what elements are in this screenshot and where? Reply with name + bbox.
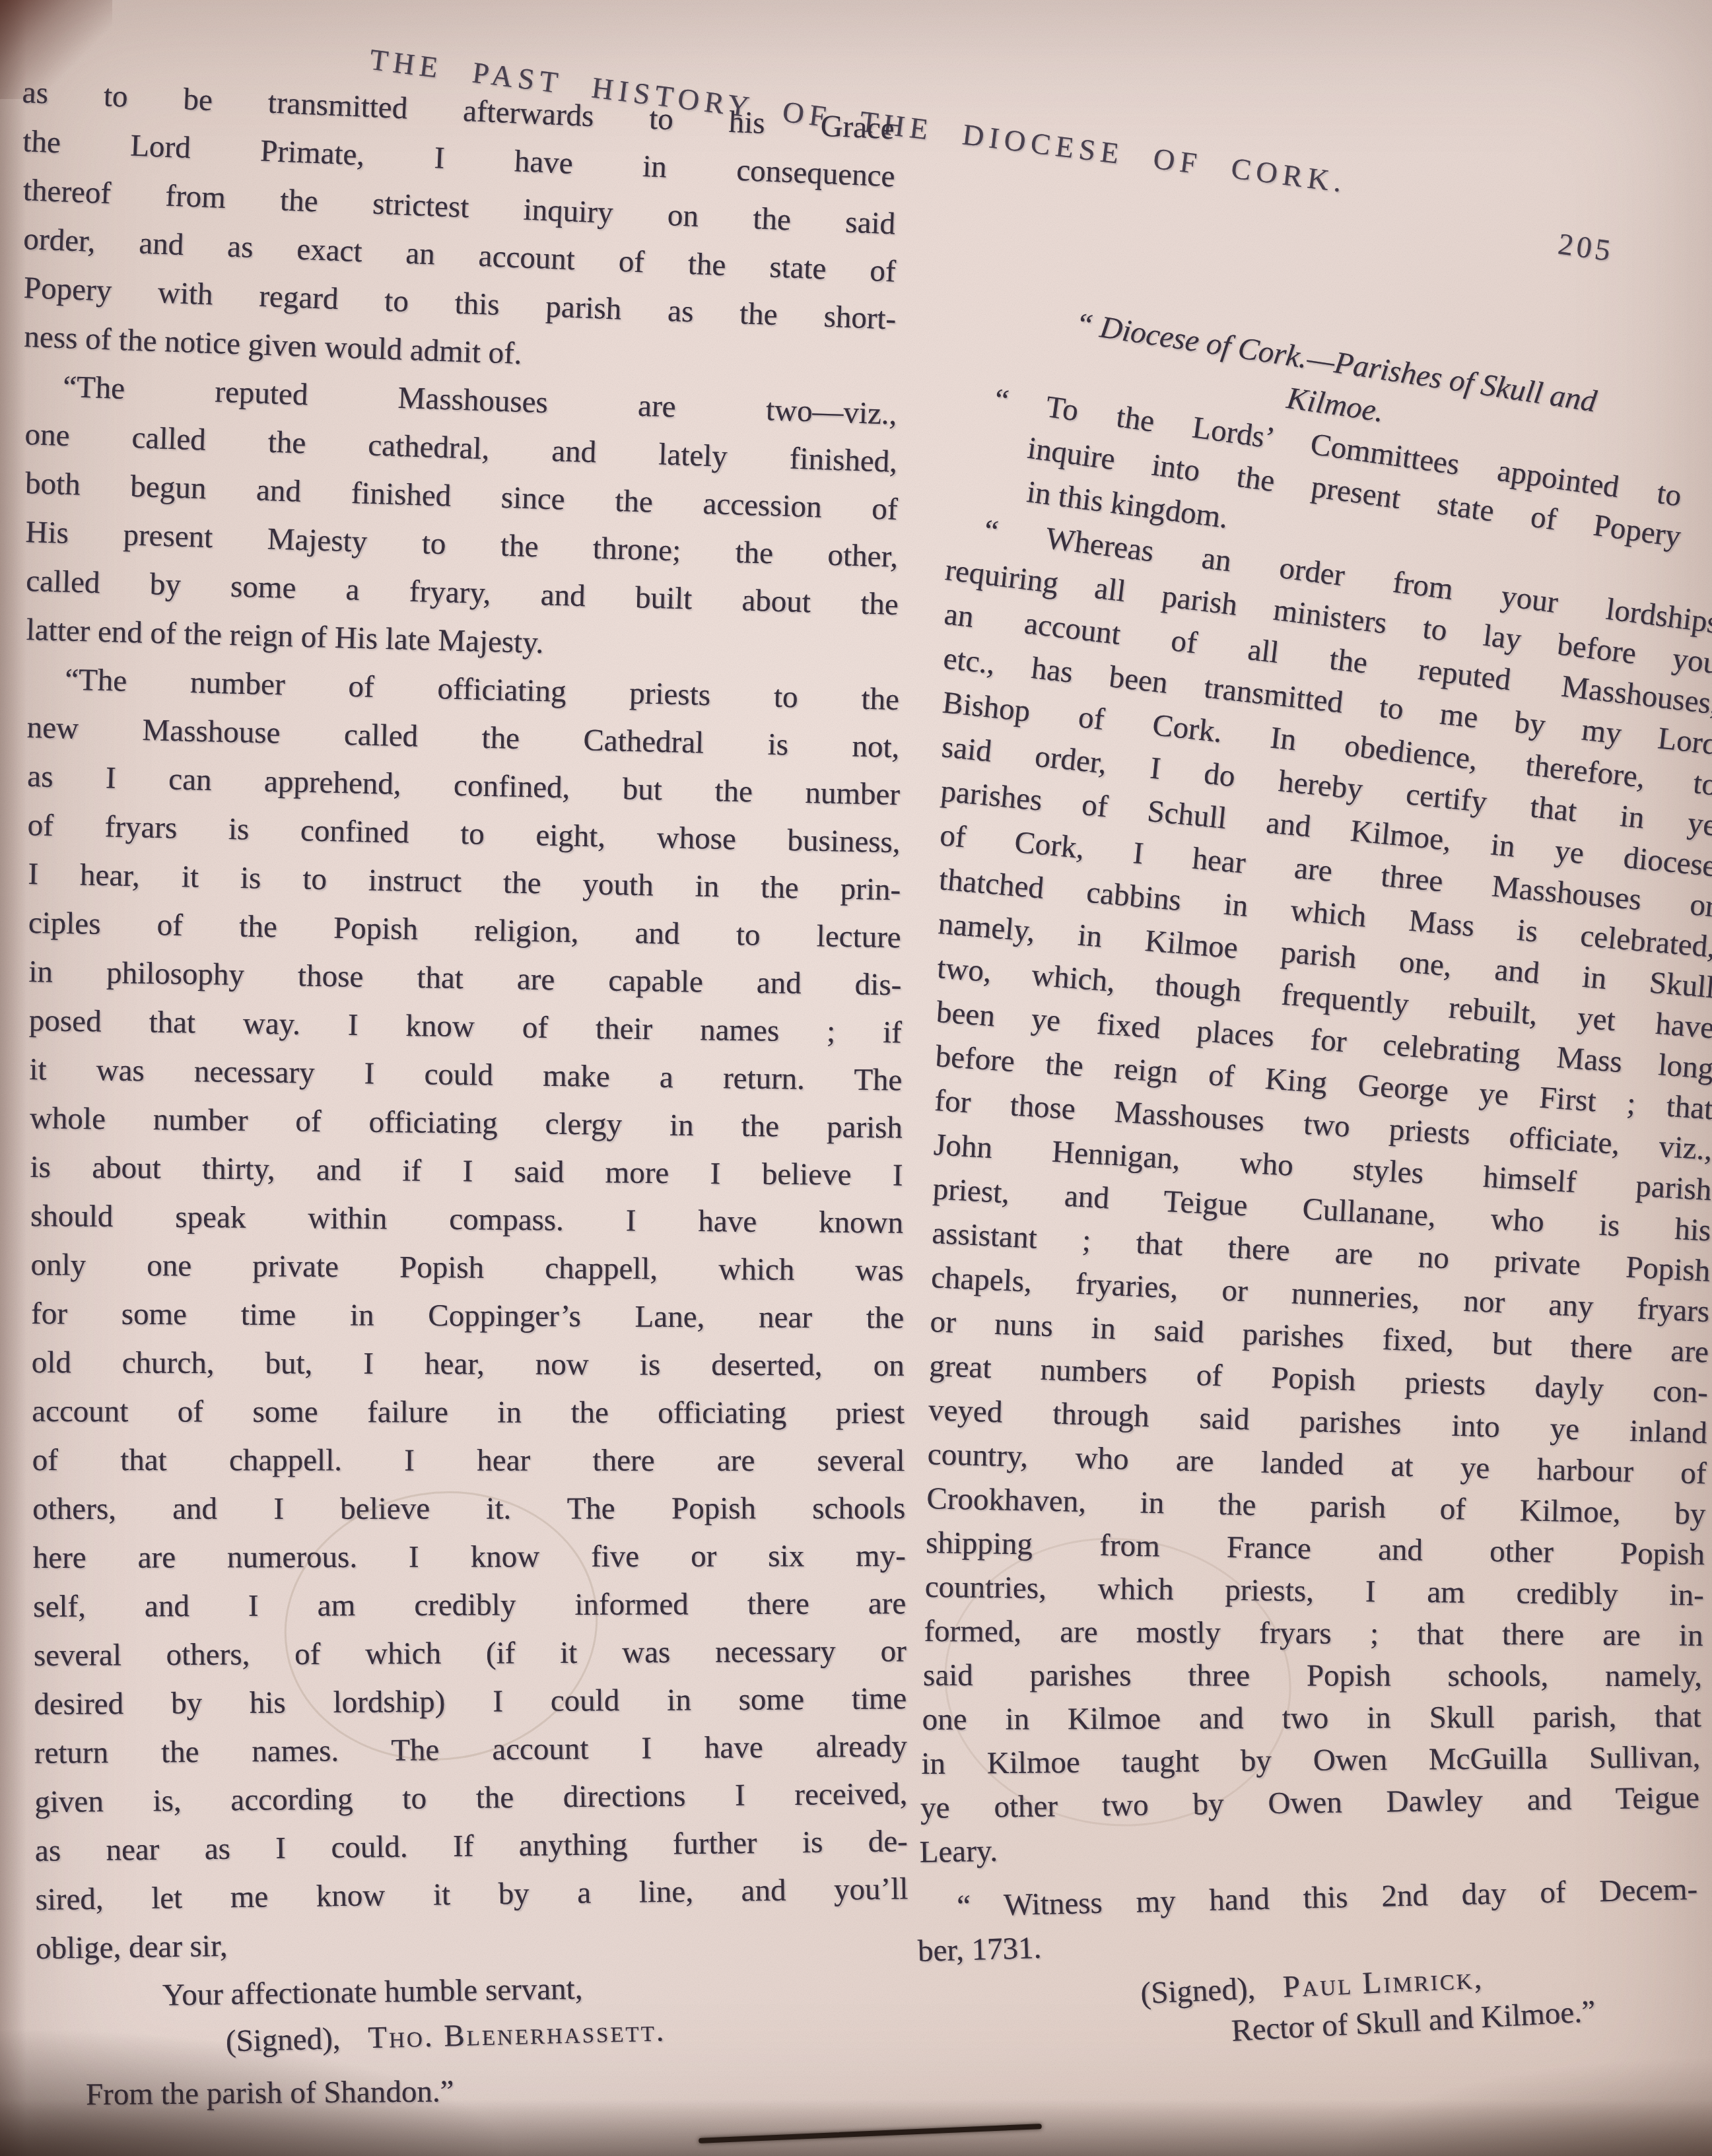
right-column-lines: “ Diocese of Cork.—Parishes of Skull and…: [923, 283, 1702, 1974]
text-line: account of some failure in the officiati…: [32, 1387, 905, 1438]
text-line: is about thirty, and if I said more I be…: [30, 1143, 903, 1200]
text-line: should speak within compass. I have know…: [30, 1192, 904, 1248]
text-line: several others, of which (if it was nece…: [34, 1627, 907, 1680]
text-line: formed, are mostly fryars ; that there a…: [924, 1609, 1703, 1658]
text-line: self, and I am credibly informed there a…: [33, 1579, 906, 1631]
text-line: of that chappell. I hear there are sever…: [32, 1436, 905, 1485]
text-line: for some time in Coppinger’s Lane, near …: [31, 1289, 904, 1343]
left-column-lines: as to be transmitted afterwards to his G…: [22, 68, 895, 1973]
text-line: old church, but, I hear, now is deserted…: [32, 1338, 905, 1390]
page-corner-shadow: [0, 2031, 502, 2156]
page-edge-shadow: [0, 0, 26, 2156]
text-line: one in Kilmoe and two in Skull parish, t…: [922, 1695, 1701, 1742]
text-line: only one private Popish chappell, which …: [30, 1240, 903, 1295]
page-number: 205: [1556, 226, 1616, 268]
text-line: return the names. The account I have alr…: [34, 1722, 908, 1778]
book-page-scan: THE PAST HISTORY OF THE DIOCESE OF CORK.…: [0, 0, 1712, 2156]
signed-label: (Signed),: [1140, 1971, 1256, 2011]
text-line: said parishes three Popish schools, name…: [923, 1654, 1702, 1699]
text-line: here are numerous. I know five or six my…: [33, 1532, 906, 1582]
page-corner-shadow: [1342, 2057, 1712, 2156]
text-line: others, and I believe it. The Popish sch…: [32, 1484, 905, 1533]
text-line: desired by his lordship) I could in some…: [34, 1674, 907, 1729]
